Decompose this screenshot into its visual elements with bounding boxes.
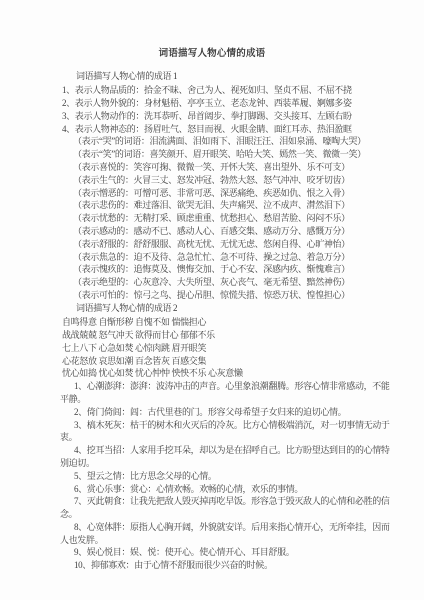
paren-line: （表示绝望的：心灰意冷、大失所望、灰心丧气、毫无希望、黯然神伤） <box>60 276 394 289</box>
definition-item: 4、挖耳当招：人家用手挖耳朵，却以为是在招呼自己。比方盼望达到目的的心情特别迫切… <box>60 444 394 470</box>
definition-item: 3、槁木死灰：枯干的树木和火灭后的冷灰。比方心情极端消沉，对一切事情无动于衷。 <box>60 419 394 445</box>
paren-line: （表示舒服的：舒舒服服、高枕无忧、无忧无虑、悠闲自得、心旷神怡） <box>60 238 394 251</box>
paren-line: （表示可怕的：惊弓之鸟、提心吊胆、惊慌失措、惊恐万状、惶惶担心） <box>60 289 394 302</box>
idiom-line: 忧心如捣 忧心如焚 忧心忡忡 怏怏不乐 心灰意懒 <box>60 367 394 380</box>
category-line: 4、表示人物神态的：扬眉吐气、怒目而视、火眼金睛、面红耳赤、热泪盈眶 <box>60 123 394 136</box>
definition-item: 1、心潮澎湃：澎湃：波涛冲击的声音。心里象浪潮翻腾。形容心情非常感动，不能平静。 <box>60 380 394 406</box>
section2-heading: 词语描写人物心情的成语 2 <box>60 302 394 315</box>
definition-item: 10、抑郁寡欢：由于心情不舒服而很少兴奋的时候。 <box>60 559 394 572</box>
category-line: 3、表示人物动作的：洗耳恭听、昂首阔步、拳打脚踢、交头接耳、左顾右盼 <box>60 110 394 123</box>
definition-item: 2、倚门倚闾：闾：古代里巷的门。形容父母希望子女归来的迫切心情。 <box>60 406 394 419</box>
category-line: 1、表示人物品质的：拾金不昧、舍己为人、视死如归、坚贞不屈、不屈不挠 <box>60 84 394 97</box>
definition-item: 6、赏心乐事：赏心：心情欢畅。欢畅的心情，欢乐的事情。 <box>60 483 394 496</box>
category-line: 2、表示人物外貌的：身材魁梧、亭亭玉立、老态龙钟、西装革履、婀娜多姿 <box>60 97 394 110</box>
idiom-line: 七上八下 心急如焚 心惊肉跳 眉开眼笑 <box>60 342 394 355</box>
definition-item: 9、娱心悦目：娱、悦：使开心。使心情开心、耳目舒服。 <box>60 546 394 559</box>
paren-line: （表示憎恶的：可憎可恶、非常可恶、深恶痛绝、疾恶如仇、恨之入骨） <box>60 187 394 200</box>
paren-line: （表示愧疚的：追悔莫及、懊悔交加、于心不安、深感内疚、惭愧难言） <box>60 263 394 276</box>
paren-line: （表示“笑”的词语：喜笑颜开、眉开眼笑、哈哈大笑、嫣然一笑、微微一笑） <box>60 148 394 161</box>
definition-item: 5、望云之情：比方思念父母的心情。 <box>60 470 394 483</box>
idiom-line: 自鸣得意 自惭形秽 自愧不如 惴惴担心 <box>60 316 394 329</box>
paren-line: （表示悲伤的：难过落泪、欲哭无泪、失声痛哭、泣不成声、潸然泪下） <box>60 199 394 212</box>
paren-line: （表示“哭”的词语：泪流满面、泪如雨下、泪眼汪汪、泪如泉涌、嚎啕大哭） <box>60 135 394 148</box>
paren-line: （表示感动的：感动不已、感动人心、百感交集、感动万分、感慨万分） <box>60 225 394 238</box>
paren-line: （表示生气的：火冒三丈、怒发冲冠、勃然大怒、怒气冲冲、咬牙切齿） <box>60 174 394 187</box>
idiom-line: 心花怒放 哀思如潮 百念皆灰 百感交集 <box>60 355 394 368</box>
document-body: 词语描写人物心情的成语 1 1、表示人物品质的：拾金不昧、舍己为人、视死如归、坚… <box>0 60 424 572</box>
document-page: 词语描写人物心情的成语 词语描写人物心情的成语 1 1、表示人物品质的：拾金不昧… <box>0 0 424 600</box>
paren-line: （表示喜悦的：笑容可掬、微微一笑、开怀大笑、喜出望外、乐不可支） <box>60 161 394 174</box>
paren-line: （表示焦急的：迫不及待、急急忙忙、急不可待、操之过急、着急万分） <box>60 251 394 264</box>
document-title: 词语描写人物心情的成语 <box>0 0 424 60</box>
definition-item: 7、灭此朝食：让我先把敌人毁灭掉再吃早饭。形容急于毁灭敌人的心情和必胜的信念。 <box>60 495 394 521</box>
paren-line: （表示忧愁的：无精打采、顾虑重重、忧愁担心、愁眉苦脸、闷闷不乐） <box>60 212 394 225</box>
idiom-line: 战战兢兢 怒气冲天 欲得而甘心 郁郁不乐 <box>60 329 394 342</box>
definition-item: 8、心宽体胖：原指人心胸开阔，外貌就安详。后用来指心情开心，无所牵挂，因而人也发… <box>60 521 394 547</box>
section1-heading: 词语描写人物心情的成语 1 <box>60 70 394 83</box>
